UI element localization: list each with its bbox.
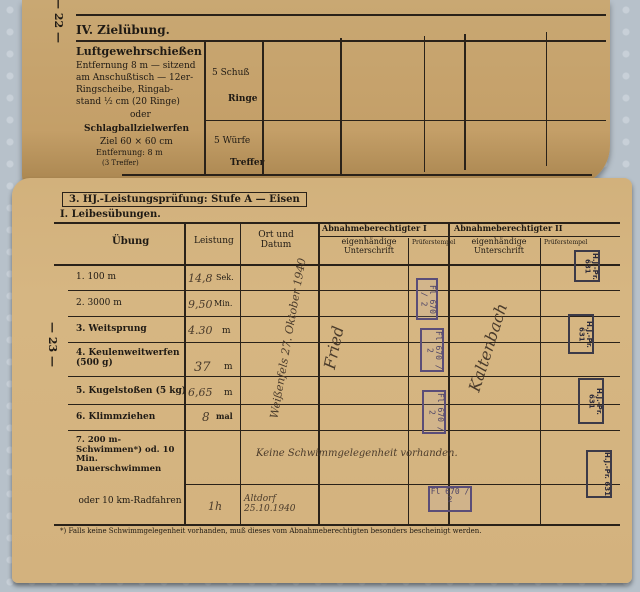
examiner1-stamp: Fl 670 / 2 [420, 328, 444, 372]
unit-label: Treffer [230, 158, 264, 168]
row-label: 7. 200 m-Schwimmen*) od. 10 Min. Dauersc… [76, 436, 180, 474]
row-label: oder 10 km-Radfahren [78, 496, 182, 506]
header-stamp-2: Prüferstempel [544, 240, 576, 247]
examiner1-stamp: Fl 670 / 2 [428, 486, 472, 512]
row-unit: m [222, 326, 231, 336]
lower-page: — 23 — 3. HJ.-Leistungsprüfung: Stufe A … [12, 178, 632, 583]
unit-count: 5 Schuß [212, 68, 249, 78]
row-unit: Min. [214, 300, 232, 309]
row-label: 2. 3000 m [76, 298, 122, 308]
header-uebung: Übung [112, 236, 149, 247]
row-label: 3. Weitsprung [76, 324, 147, 334]
header-ort-datum: Ort und Datum [246, 230, 306, 250]
row-value: 6,65 [188, 386, 213, 399]
alt-line: (3 Treffer) [102, 160, 139, 168]
exercise-line: Ringscheibe, Ringab- [76, 85, 173, 95]
examiner1-stamp: Fl 670 / 2 [416, 278, 438, 320]
exercise-title: Luftgewehrschießen [76, 46, 202, 58]
examiner2-stamp: H.J.-Pr. 631 [574, 250, 600, 282]
header-leistung: Leistung [194, 236, 234, 246]
row-value: 1h [208, 500, 222, 513]
signature-examiner2: Kaltenbach [465, 301, 511, 394]
swim-note-handwritten: Keine Schwimmgelegenheit vorhanden. [256, 448, 458, 459]
row-label: 4. Keulenweitwerfen (500 g) [76, 348, 181, 368]
row-value: 8 [202, 410, 210, 424]
row-label: 1. 100 m [76, 272, 116, 282]
place-date-handwritten: Weißenfels 27. Oktober 1940 [268, 270, 307, 420]
row-value: 14,8 [188, 272, 213, 285]
section-title: I. Leibesübungen. [60, 209, 161, 220]
row-label: 6. Klimmziehen [76, 412, 155, 422]
alt-line: Entfernung: 8 m [96, 149, 163, 158]
header-signature-2: eigenhändige Unterschrift [464, 238, 534, 256]
header-examiner1: Abnahmeberechtigter I [322, 224, 427, 233]
exercise-line: Entfernung 8 m — sitzend [76, 61, 196, 71]
unit-label: Ringe [228, 94, 257, 104]
row-value: 37 [194, 360, 211, 375]
place-date-2-handwritten: Altdorf 25.10.1940 [244, 494, 314, 514]
footnote: *) Falls keine Schwimmgelegenheit vorhan… [60, 528, 482, 536]
header-stamp-1: Prüferstempel [412, 240, 444, 247]
alt-exercise-title: Schlagballzielwerfen [84, 124, 189, 134]
alt-line: Ziel 60 × 60 cm [100, 137, 173, 147]
examiner1-stamp: Fl 670 / 2 [422, 390, 446, 434]
unit-count: 5 Würfe [214, 136, 250, 146]
examiner2-stamp: H.J.-Pr. 631 [568, 314, 594, 354]
row-label: 5. Kugelstoßen (5 kg) [76, 386, 186, 396]
or-label: oder [130, 110, 151, 120]
row-unit: Sek. [216, 274, 234, 283]
row-unit: m [224, 362, 233, 372]
examiner2-stamp: H.J.-Pr. 631 [578, 378, 604, 424]
box-title: 3. HJ.-Leistungsprüfung: Stufe A — Eisen [62, 192, 307, 207]
exercise-line: stand ½ cm (20 Ringe) [76, 97, 180, 107]
page-number: — 22 — [52, 0, 65, 43]
examiner2-stamp: H.J.-Pr. 631 [586, 450, 612, 498]
section-title: IV. Zielübung. [76, 24, 170, 37]
row-unit: mal [216, 412, 233, 421]
upper-page: — 22 — IV. Zielübung. Luftgewehrschießen… [22, 0, 610, 186]
page-number: — 23 — [46, 322, 59, 367]
row-value: 4.30 [188, 324, 213, 337]
row-unit: m [224, 388, 233, 398]
header-examiner2: Abnahmeberechtigter II [454, 224, 562, 233]
row-value: 9,50 [188, 298, 213, 311]
exercise-line: am Anschußtisch — 12er- [76, 73, 193, 83]
signature-examiner1: Fried [320, 324, 348, 371]
header-signature-1: eigenhändige Unterschrift [334, 238, 404, 256]
